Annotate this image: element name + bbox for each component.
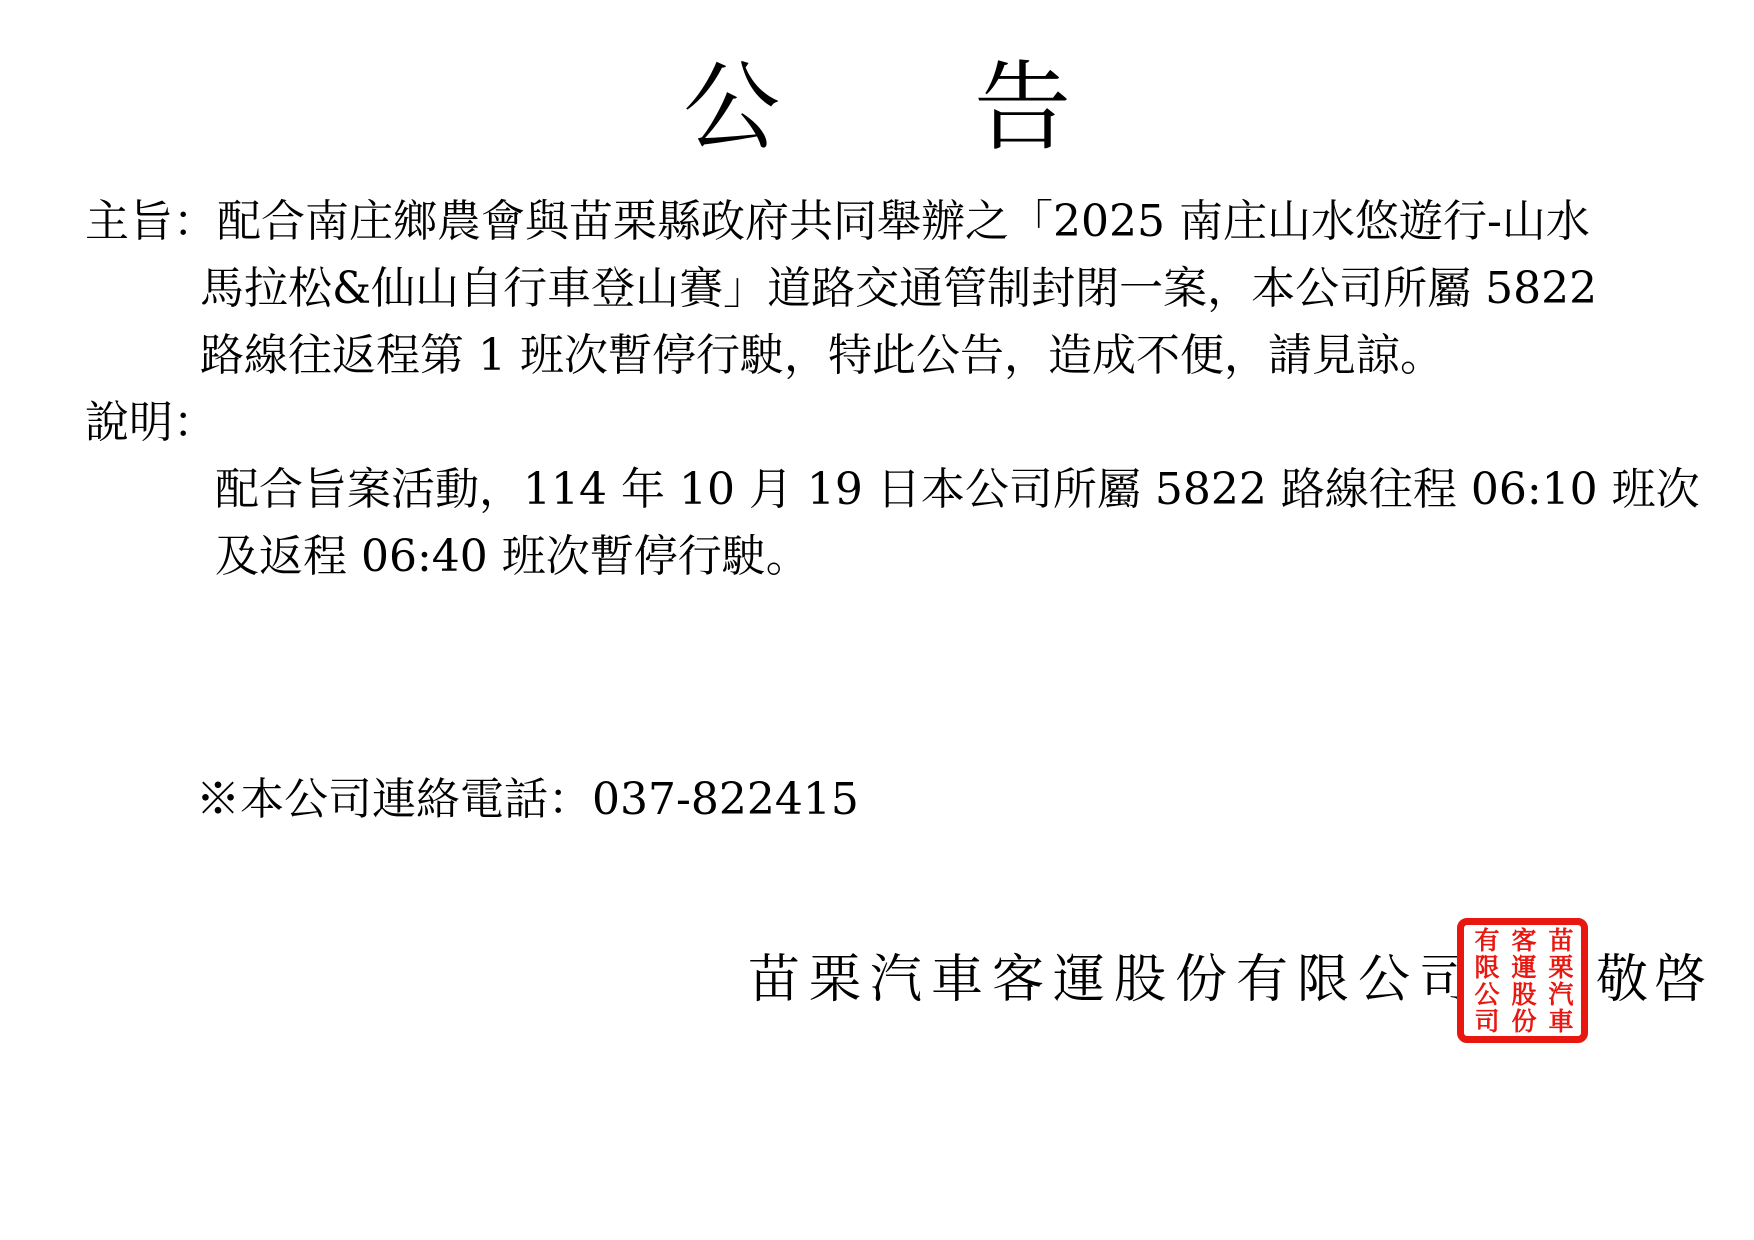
signature-company-name: 苗栗汽車客運股份有限公司 [748, 946, 1480, 1014]
page-title: 公 告 [0, 52, 1754, 164]
seal-column-3: 有限公司 [1467, 927, 1504, 1035]
explanation-line-2: 及返程 06:40 班次暫停行駛。 [85, 523, 1700, 590]
explanation-label: 說明： [85, 389, 1700, 456]
signature-closing: 敬啓 [1596, 946, 1712, 1014]
subject-line-1: 主旨：配合南庄鄉農會與苗栗縣政府共同舉辦之「2025 南庄山水悠遊行-山水 [85, 188, 1700, 255]
seal-column-1: 苗栗汽車 [1541, 927, 1578, 1035]
seal-column-2: 客運股份 [1504, 927, 1541, 1035]
explanation-line-1: 配合旨案活動，114 年 10 月 19 日本公司所屬 5822 路線往程 06… [85, 456, 1700, 523]
subject-line-2: 馬拉松&仙山自行車登山賽」道路交通管制封閉一案，本公司所屬 5822 [85, 255, 1700, 322]
subject-line-3: 路線往返程第 1 班次暫停行駛，特此公告，造成不便，請見諒。 [85, 322, 1700, 389]
contact-phone-note: ※本公司連絡電話：037-822415 [196, 772, 859, 828]
company-seal-stamp: 苗栗汽車 客運股份 有限公司 [1457, 918, 1588, 1043]
announcement-page: 公 告 主旨：配合南庄鄉農會與苗栗縣政府共同舉辦之「2025 南庄山水悠遊行-山… [0, 0, 1754, 1240]
announcement-body: 主旨：配合南庄鄉農會與苗栗縣政府共同舉辦之「2025 南庄山水悠遊行-山水 馬拉… [85, 188, 1700, 590]
